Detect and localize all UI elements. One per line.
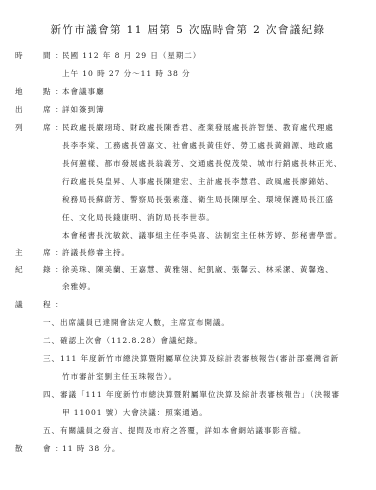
- recorder-line: 余雅婷。: [62, 278, 96, 296]
- attendance-value: 詳如簽到簿: [62, 101, 362, 119]
- time-range: 上午 10 時 27 分～11 時 38 分: [62, 65, 191, 83]
- location-value: 本會議事廳: [62, 83, 362, 101]
- time-date: 民國 112 年 8 月 29 日（星期二）: [62, 47, 362, 65]
- observers-line: 行政處長吳皇昇、人事處長陳建宏、主計處長李慧君、政風處長廖錦姑、: [62, 173, 334, 191]
- observers-line: 長何蕙樣、都市發展處長翁義芳、交通處長倪茂榮、城市行銷處長林正光、: [62, 155, 342, 173]
- meeting-minutes-page: 新竹市議會第 11 屆第 5 次臨時會第 2 次會議紀錄 時 間 ： 民國 11…: [0, 0, 376, 490]
- observers-line: 稅務局長蘇蔚芳、警察局長張素蓬、衛生局長陳厚全、環境保護局長江盛: [62, 191, 334, 209]
- adjourn-value: 11 時 38 分。: [62, 440, 362, 458]
- recorder-line: 徐美珠、陳美蘭、王嘉慧、黃雅翎、紀凱崴、張馨云、林采潔、黃馨逸、: [62, 261, 362, 279]
- observers-line: 本會秘書長沈敏欽、議事組主任李吳喜、法制室主任林芳婷、彭秘書學雷。: [62, 227, 342, 245]
- observers-line: 任、文化局長錢康明、消防局長李世恭。: [62, 209, 215, 227]
- observers-line: 長李李棠、工務處長曾嘉文、社會處長黃佳妤、勞工處長黃錦源、地政處: [62, 137, 334, 155]
- observers-line: 民政處長嚴翊琦、財政處長陳香君、產業發展處長許智堡、教育處代理處: [62, 119, 362, 137]
- document-title: 新竹市議會第 11 屆第 5 次臨時會第 2 次會議紀錄: [0, 22, 376, 37]
- chair-value: 許議長修睿主持。: [62, 244, 362, 262]
